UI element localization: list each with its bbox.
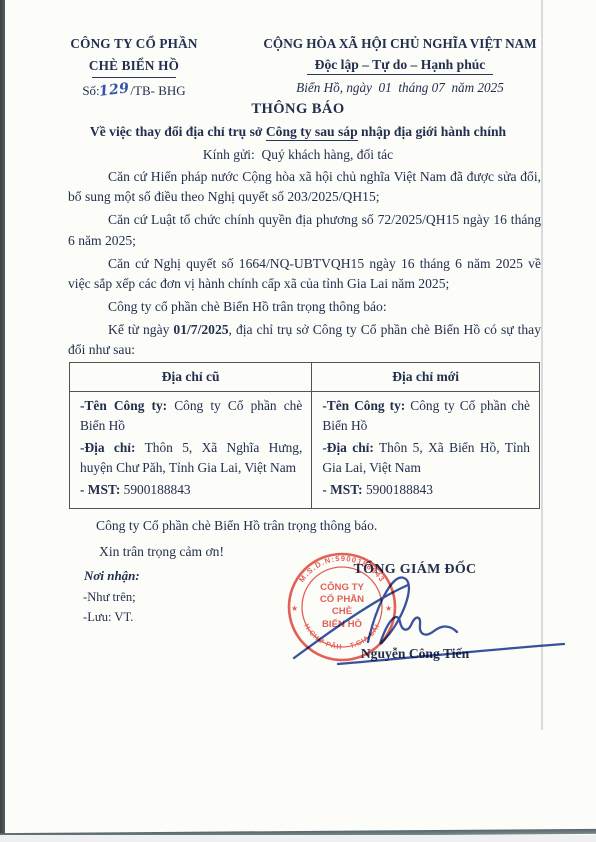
old-name-label: -Tên Công ty: bbox=[80, 398, 167, 413]
header-new-address: Địa chỉ mới bbox=[312, 363, 540, 392]
scan-strip-below bbox=[0, 835, 596, 842]
old-address: -Địa chỉ: Thôn 5, Xã Nghĩa Hưng, huyện C… bbox=[80, 438, 302, 478]
document-number-handwritten: 129 bbox=[98, 80, 130, 100]
recipient-item-1: -Như trên; bbox=[83, 590, 136, 605]
old-addr-label: -Địa chỉ: bbox=[80, 440, 135, 455]
old-tax-code: - MST: 5900188843 bbox=[80, 480, 302, 500]
paragraph-announce-intro: Công ty cổ phần chè Biển Hồ trân trọng t… bbox=[68, 297, 541, 317]
document-number-prefix: Số: bbox=[82, 83, 99, 98]
signature bbox=[280, 545, 580, 680]
document-title: THÔNG BÁO bbox=[0, 101, 596, 118]
paragraph-effective-date: Kể từ ngày 01/7/2025, địa chỉ trụ sở Côn… bbox=[68, 320, 541, 361]
scan-edge-left bbox=[0, 0, 5, 834]
old-mst-label: - MST: bbox=[80, 482, 120, 497]
table-header-row: Địa chỉ cũ Địa chỉ mới bbox=[70, 363, 540, 392]
closing-line-2: Xin trân trọng cảm ơn! bbox=[99, 544, 224, 560]
subject-pre: Về việc thay đổi địa chỉ trụ sở bbox=[90, 124, 266, 139]
salutation: Kính gửi: Quý khách hàng, đối tác bbox=[0, 147, 596, 163]
old-company-name: -Tên Công ty: Công ty Cổ phần chè Biển H… bbox=[80, 396, 302, 436]
paragraph-legal-basis-2: Căn cứ Luật tổ chức chính quyền địa phươ… bbox=[68, 210, 541, 251]
issuer-name-line2: CHÈ BIỂN HỒ bbox=[50, 56, 218, 75]
new-mst-label: - MST: bbox=[322, 482, 362, 497]
recipient-item-2: -Lưu: VT. bbox=[83, 610, 133, 625]
paragraph-legal-basis-1: Căn cứ Hiến pháp nước Cộng hòa xã hội ch… bbox=[68, 167, 541, 208]
scanned-document-page: CÔNG TY CỔ PHẦN CHÈ BIỂN HỒ Số:129/TB- B… bbox=[0, 0, 596, 842]
closing-line-1: Công ty Cổ phần chè Biển Hồ trân trọng t… bbox=[96, 518, 377, 534]
document-number-suffix: /TB- BHG bbox=[130, 83, 185, 98]
table-body-row: -Tên Công ty: Công ty Cổ phần chè Biển H… bbox=[70, 392, 540, 509]
address-change-table: Địa chỉ cũ Địa chỉ mới -Tên Công ty: Côn… bbox=[69, 362, 540, 509]
subject-post: nhập địa giới hành chính bbox=[358, 124, 506, 139]
national-header-block: CỘNG HÒA XÃ HỘI CHỦ NGHĨA VIỆT NAM Độc l… bbox=[242, 34, 558, 96]
body-text: Căn cứ Hiến pháp nước Cộng hòa xã hội ch… bbox=[68, 167, 541, 363]
document-number-line: Số:129/TB- BHG bbox=[50, 83, 218, 99]
new-company-name: -Tên Công ty: Công ty Cổ phần chè Biển H… bbox=[322, 396, 530, 436]
new-address: -Địa chỉ: Thôn 5, Xã Biển Hồ, Tỉnh Gia L… bbox=[322, 438, 530, 478]
subject-underlined: Công ty sau sáp bbox=[266, 124, 358, 141]
place-and-date: Biển Hồ, ngày 01 tháng 07 năm 2025 bbox=[242, 80, 558, 96]
paragraph-legal-basis-3: Căn cứ Nghị quyết số 1664/NQ-UBTVQH15 ng… bbox=[68, 254, 541, 295]
effective-date: 01/7/2025 bbox=[173, 322, 228, 337]
national-header: CỘNG HÒA XÃ HỘI CHỦ NGHĨA VIỆT NAM bbox=[242, 34, 558, 53]
header-old-address: Địa chỉ cũ bbox=[70, 363, 312, 392]
new-name-label: -Tên Công ty: bbox=[322, 398, 405, 413]
recipients-label: Nơi nhận: bbox=[84, 568, 140, 584]
national-motto: Độc lập – Tự do – Hạnh phúc bbox=[307, 57, 494, 75]
effective-pre: Kể từ ngày bbox=[108, 322, 173, 337]
new-mst-value: 5900188843 bbox=[363, 482, 433, 497]
cell-new-address: -Tên Công ty: Công ty Cổ phần chè Biển H… bbox=[312, 392, 540, 509]
issuer-name-line1: CÔNG TY CỔ PHẦN bbox=[50, 34, 218, 53]
cell-old-address: -Tên Công ty: Công ty Cổ phần chè Biển H… bbox=[70, 392, 312, 509]
old-mst-value: 5900188843 bbox=[120, 482, 190, 497]
new-tax-code: - MST: 5900188843 bbox=[322, 480, 530, 500]
issuer-block: CÔNG TY CỔ PHẦN CHÈ BIỂN HỒ Số:129/TB- B… bbox=[50, 34, 218, 99]
issuer-underline-rule bbox=[92, 77, 176, 78]
new-addr-label: -Địa chỉ: bbox=[322, 440, 374, 455]
document-subject: Về việc thay đổi địa chỉ trụ sở Công ty … bbox=[40, 124, 556, 140]
